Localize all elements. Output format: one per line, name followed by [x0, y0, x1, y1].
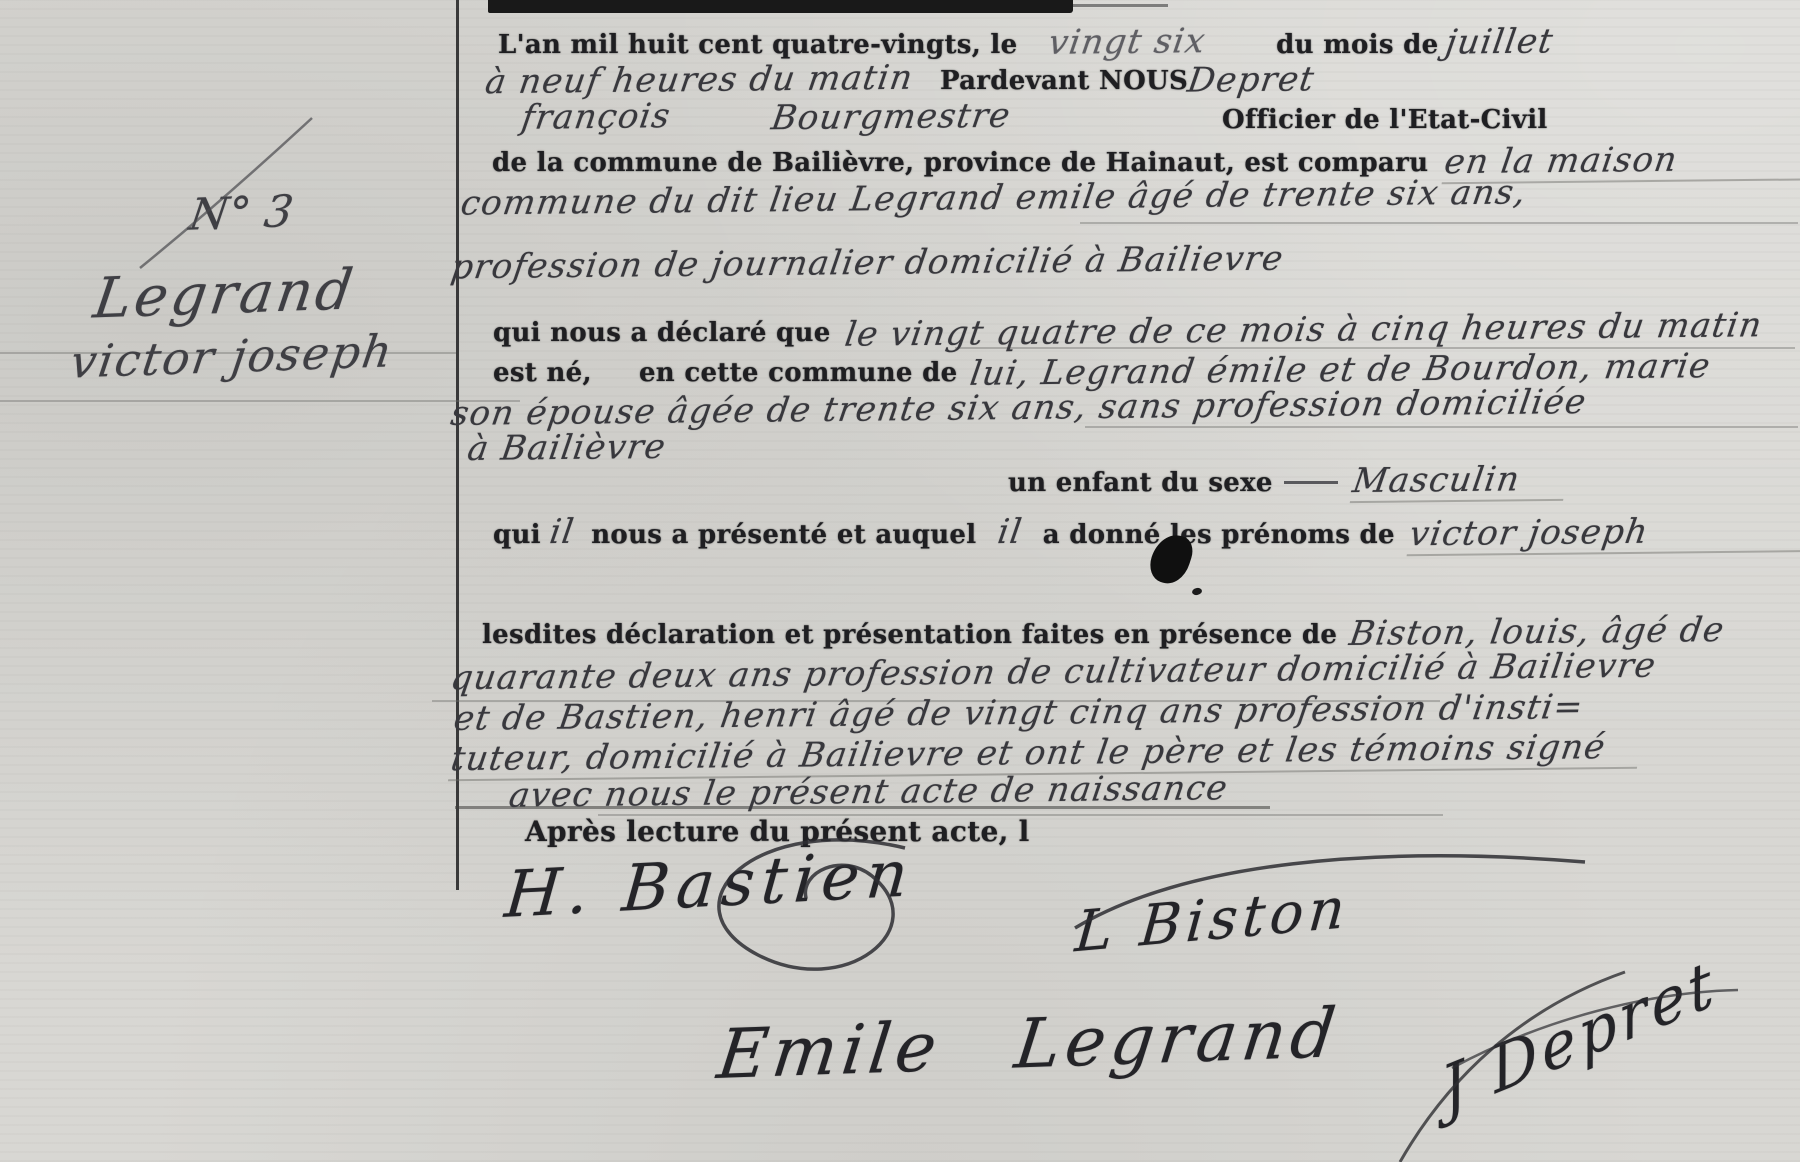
pen-flourish-strokes [0, 0, 1800, 1162]
birth-record-scan: N° 3 Legrand victor joseph L'an mil huit… [0, 0, 1800, 1162]
